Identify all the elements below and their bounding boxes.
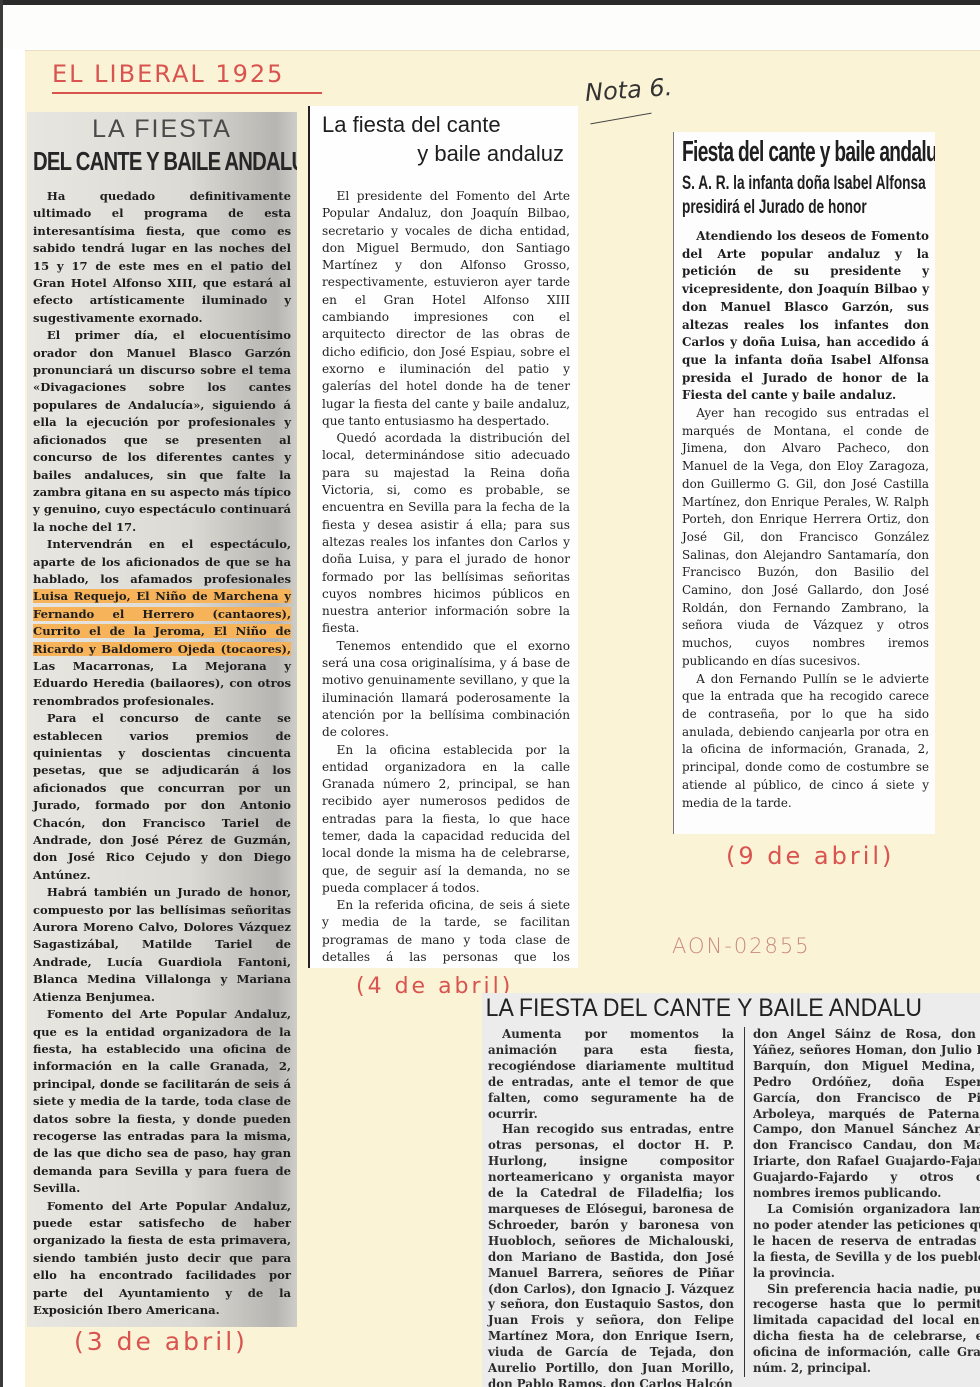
- highlighted-performers: Luisa Requejo, El Niño de Marchena y Fer…: [33, 589, 291, 655]
- clipping-3-abril: LA FIESTA DEL CANTE Y BAILE ANDALUZ Ha q…: [27, 112, 297, 1327]
- paragraph: Ha quedado definitivamente ultimado el p…: [33, 188, 291, 327]
- clipping-title: LA FIESTA DEL CANTE Y BAILE ANDALU: [482, 993, 940, 1023]
- paragraph: Sin preferencia hacia nadie, pueden reco…: [753, 1282, 980, 1377]
- date-label-3-abril: (3 de abril): [74, 1327, 248, 1356]
- paragraph: Habrá también un Jurado de honor, compue…: [33, 884, 291, 1006]
- paragraph: En la oficina establecida por la entidad…: [322, 742, 570, 898]
- clipping-subtitle: S. A. R. la infanta doña Isabel Alfonsa …: [682, 172, 931, 220]
- paragraph: La Comisión organizadora lamenta no pode…: [753, 1202, 980, 1282]
- clipping-title: Fiesta del cante y baile andaluz: [682, 132, 935, 172]
- clipping-4-abril: La fiesta del cante y baile andaluz El p…: [308, 106, 578, 968]
- paragraph: En la referida oficina, de seis á siete …: [322, 897, 570, 968]
- clipping-title-line1: La fiesta del cante: [322, 110, 570, 140]
- clipping-title-line2: DEL CANTE Y BAILE ANDALUZ: [33, 144, 291, 178]
- paragraph-performers: Intervendrán en el espectáculo, aparte d…: [33, 536, 291, 710]
- paragraph: Fomento del Arte Popular Andaluz, que es…: [33, 1006, 291, 1197]
- paragraph: don Angel Sáinz de Rosa, don José Yáñez,…: [753, 1027, 980, 1202]
- archive-code: AON-02855: [672, 934, 811, 958]
- date-label-9-abril: (9 de abril): [726, 842, 894, 870]
- paragraph: Aumenta por momentos la animación para e…: [488, 1027, 734, 1122]
- paragraph: Han recogido sus entradas, entre otras p…: [488, 1122, 734, 1387]
- paragraph: Atendiendo los deseos de Fomento del Art…: [682, 228, 929, 405]
- paragraph-text: Intervendrán en el espectáculo, aparte d…: [33, 537, 291, 586]
- header-note: EL LIBERAL 1925: [52, 60, 322, 94]
- column-right: don Angel Sáinz de Rosa, don José Yáñez,…: [744, 1027, 980, 1377]
- paragraph: Para el concurso de cante se establecen …: [33, 710, 291, 884]
- paragraph: El presidente del Fomento del Arte Popul…: [322, 188, 570, 430]
- paragraph: Tenemos entendido que el exorno será una…: [322, 638, 570, 742]
- clipping-undated: LA FIESTA DEL CANTE Y BAILE ANDALU Aumen…: [482, 993, 980, 1387]
- paragraph: El primer día, el elocuentísimo orador d…: [33, 327, 291, 536]
- column-left: Aumenta por momentos la animación para e…: [488, 1027, 734, 1387]
- paragraph: Ayer han recogido sus entradas el marqué…: [682, 405, 929, 671]
- clipping-9-abril: Fiesta del cante y baile andaluz S. A. R…: [673, 132, 935, 834]
- paragraph-text: Las Macarronas, La Mejorana y Eduardo He…: [33, 659, 291, 708]
- paragraph: Fomento del Arte Popular Andaluz, puede …: [33, 1198, 291, 1320]
- paragraph: A don Fernando Pullín se le advierte que…: [682, 671, 929, 813]
- clipping-columns: Aumenta por momentos la animación para e…: [482, 1027, 980, 1387]
- clipping-title-line1: LA FIESTA: [33, 114, 291, 144]
- scan-margin: [3, 5, 980, 49]
- scan-left-border: [0, 0, 3, 1387]
- paragraph: Quedó acordada la distribución del local…: [322, 430, 570, 638]
- clipping-title-line2: y baile andaluz: [322, 140, 570, 168]
